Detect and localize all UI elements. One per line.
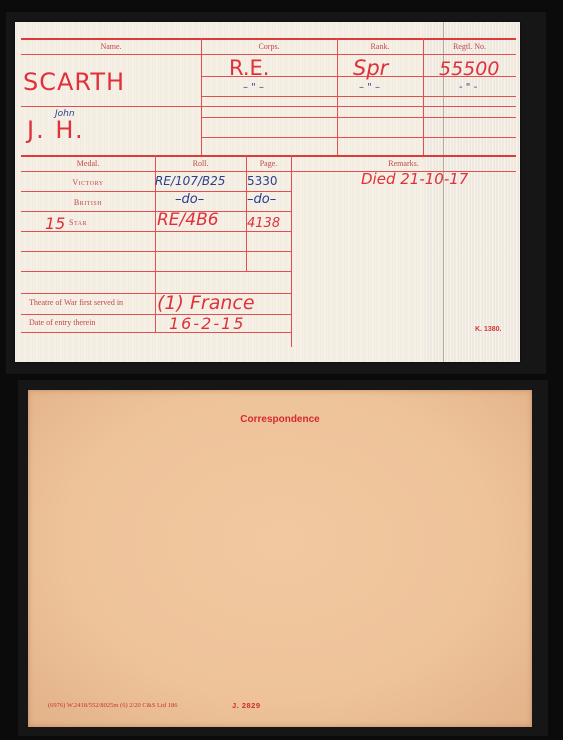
rule [291,155,292,347]
header-rank: Rank. [337,42,423,51]
rule [21,106,516,107]
printer-imprint: (6976) W.2418/552/8025m (6) 2/20 C&S Ltd… [48,702,177,709]
page-british: –do– [247,192,276,207]
rule [337,38,338,155]
theatre-label: Theatre of War first served in [29,298,123,307]
rule [21,38,516,40]
rank-value: Spr [353,56,388,80]
form-number: J. 2829 [232,701,261,710]
roll-victory: RE/107/B25 [155,174,225,188]
medal-label-victory: Victory [21,178,155,187]
star-prefix: 15 [45,214,65,233]
forename-annotation: John [55,109,75,119]
rule [21,251,291,252]
rule [21,271,291,272]
rule [21,314,291,315]
entry-date-value: 16-2-15 [169,314,245,333]
rule [201,96,516,97]
medal-label-star: Star [69,218,87,227]
rule [21,54,516,55]
medal-card-back: Correspondence (6976) W.2418/552/8025m (… [28,390,532,727]
theatre-value: (1) France [157,292,255,314]
rule [423,38,424,155]
regt-no-ditto: - " - [459,82,477,93]
header-page: Page. [246,159,291,168]
rule [201,117,516,118]
header-remarks: Remarks. [291,159,516,168]
initials: J. H. [27,116,85,144]
page-victory: 5330 [247,174,278,188]
rank-ditto: – " – [359,82,380,93]
rule [201,38,202,155]
medal-card-front: Name. Corps. Rank. Regtl. No. SCARTH J. … [15,22,520,362]
regt-no-value: 55500 [439,58,499,80]
correspondence-title: Correspondence [28,414,532,425]
form-code: K. 1380. [475,326,501,333]
entry-date-label: Date of entry therein [29,318,95,327]
rule [201,137,516,138]
rule [21,155,516,157]
corps-value: R.E. [229,56,269,80]
header-regt-no: Regtl. No. [423,42,516,51]
roll-star: RE/4B6 [157,210,219,230]
rule [21,211,291,212]
header-roll: Roll. [155,159,246,168]
corps-ditto: – " – [243,82,264,93]
surname: SCARTH [23,68,125,96]
remarks-value: Died 21-10-17 [361,170,468,188]
page-star: 4138 [247,216,280,231]
rule [246,155,247,271]
medal-label-british: British [21,198,155,207]
roll-british: –do– [175,192,204,207]
rule [21,332,291,333]
header-medal: Medal. [21,159,155,168]
header-corps: Corps. [201,42,337,51]
header-name: Name. [21,42,201,51]
